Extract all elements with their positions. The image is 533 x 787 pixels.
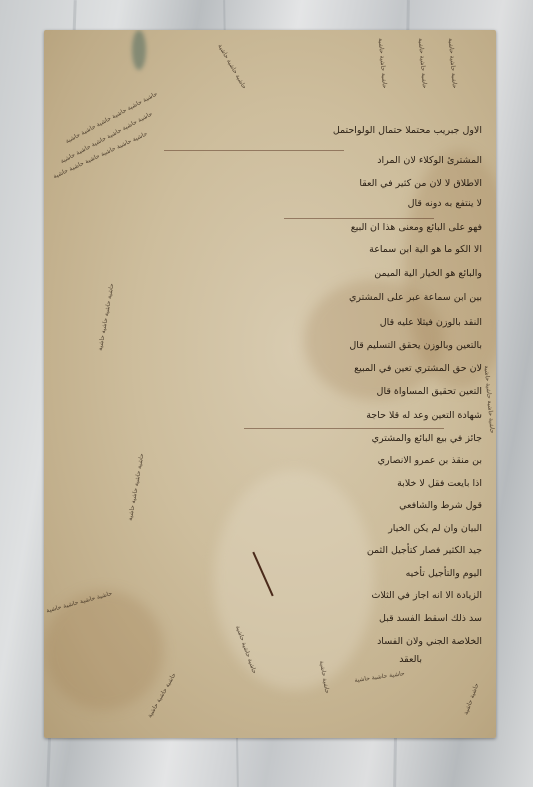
text-line: بن منقذ بن عمرو الانصاري (378, 455, 482, 466)
manuscript-page: الاول جبريب محتملا حتمال الولواحتمل المش… (44, 30, 496, 738)
text-line: فهو على البائع ومعنى هذا ان البيع (351, 222, 482, 233)
text-line: بين ابن سماعة عبر على المشتري (349, 292, 482, 303)
text-line: المشترئ الوكلاء لان المراد (377, 155, 482, 166)
marginal-gloss: حاشية حاشية (462, 682, 480, 715)
text-line: الخلاصة الجني ولان الفساد (377, 636, 482, 647)
text-line: الاول جبريب محتملا حتمال الولواحتمل (333, 125, 482, 136)
text-line: الاطلاق لا لان من كثير في العقا (359, 178, 482, 189)
text-line: جائز في بيع البائع والمشتري (372, 433, 482, 444)
text-line: لان حق المشتري تعين في المبيع (354, 363, 482, 374)
text-line: قول شرط والشافعي (399, 500, 482, 511)
marginal-gloss: حاشية حاشية حاشية حاشية (97, 283, 116, 351)
text-line: التعين تحقيق المساواة قال (377, 386, 482, 397)
text-line: اذا بايعت فقل لا خلابة (397, 478, 482, 489)
underline (284, 218, 434, 219)
text-line: سد ذلك اسقط الفسد قبل (379, 613, 482, 624)
underline (164, 150, 344, 151)
text-line: شهادة التعين وعد له قلا حاجة (366, 410, 482, 421)
marginal-gloss: حاشية حاشية حاشية (447, 38, 458, 89)
marginal-gloss: حاشية حاشية حاشية (417, 38, 428, 89)
text-line: بالعقد (399, 654, 422, 665)
water-stain (214, 470, 374, 690)
text-line: البيان وان لم يكن الخيار (388, 523, 482, 534)
marginal-gloss: حاشية حاشية حاشية (377, 38, 388, 89)
marginal-gloss: حاشية حاشية حاشية حاشية (127, 453, 146, 521)
text-line: اليوم والتأجيل تأخيه (406, 568, 482, 579)
marginal-gloss: حاشية حاشية حاشية حاشية (483, 365, 496, 433)
marginal-gloss: حاشية حاشية حاشية (354, 670, 405, 684)
text-line: الا الكو ما هو الية ابن سماعة (369, 244, 482, 255)
text-line: الزيادة الا انه اجاز في الثلاث (371, 590, 482, 601)
marginal-gloss: حاشية حاشية حاشية (216, 43, 247, 90)
ink-smudge (132, 30, 146, 70)
text-line: لا ينتفع به دونه قال (408, 198, 482, 209)
text-line: بالتعين وبالوزن يحقق التسليم قال (349, 340, 482, 351)
underline (244, 428, 444, 429)
text-line: النقد بالوزن فيثلا عليه قال (380, 317, 482, 328)
text-line: والبائع هو الخيار الية الميمن (374, 268, 482, 279)
text-line: جيد الكثير فصار كتأجيل الثمن (367, 545, 482, 556)
